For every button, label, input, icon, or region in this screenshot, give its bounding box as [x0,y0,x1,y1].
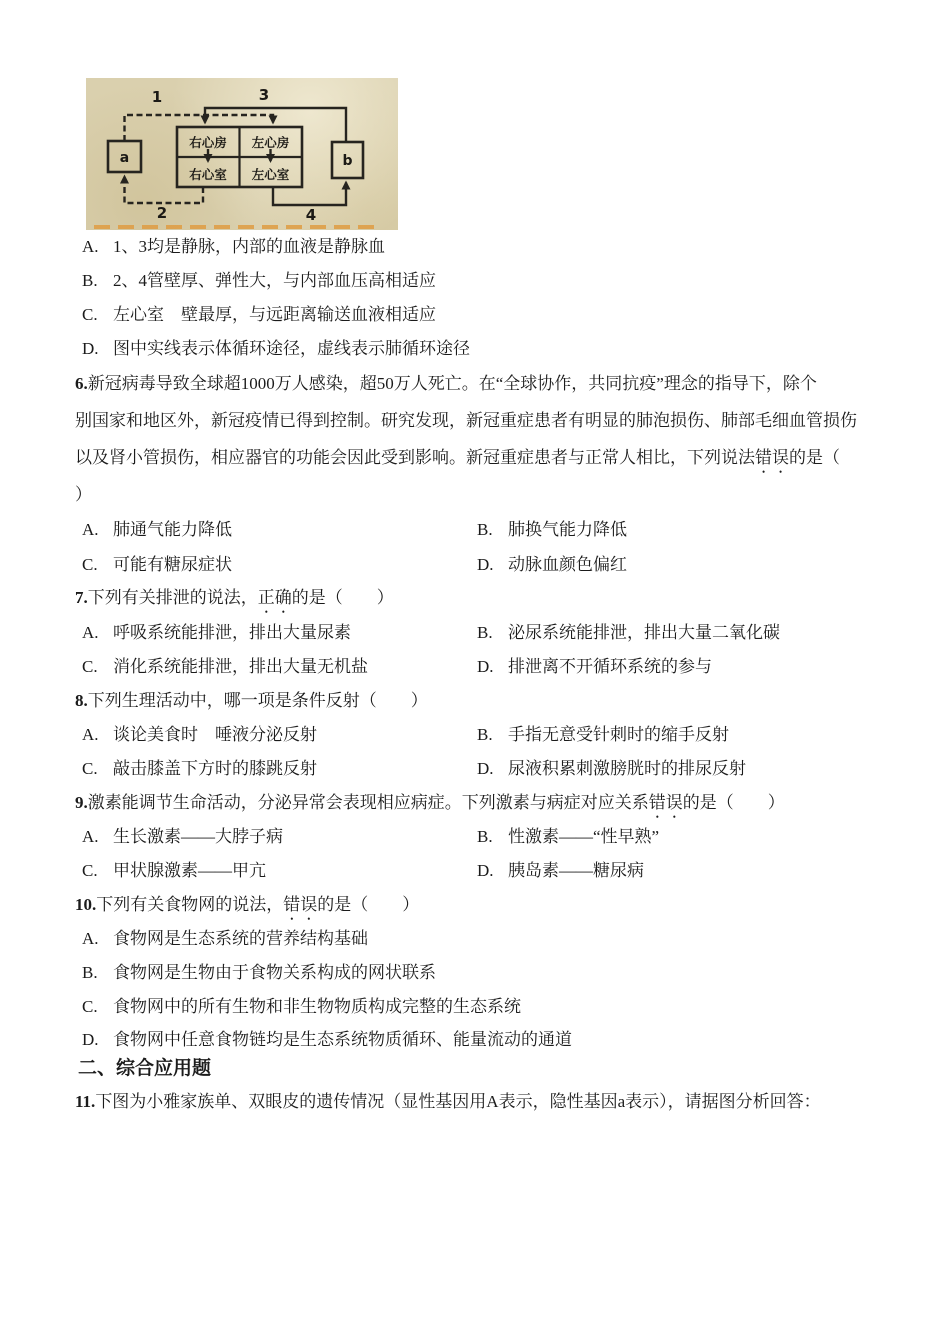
question-number: 10. [75,895,96,914]
q10-option-d: D.食物网中任意食物链均是生态系统物质循环、能量流动的通道 [82,1028,572,1051]
option-text: 谈论美食时 唾液分泌反射 [113,725,317,744]
option-label: D. [477,655,508,678]
flow-label-2: 2 [157,204,167,222]
option-label: A. [82,825,113,848]
q8-option-c: C.敲击膝盖下方时的膝跳反射 [82,757,317,780]
q6-stem-line3: 以及肾小管损伤，相应器官的功能会因此受到影响。新冠重症患者与正常人相比，下列说法… [75,446,840,477]
option-text: 食物网是生物由于食物关系构成的网状联系 [113,963,436,982]
option-label: A. [82,235,113,258]
stem-text: 的是（ ） [317,895,419,914]
option-text: 食物网是生态系统的营养结构基础 [113,929,368,948]
stem-text: 下列有关食物网的说法， [96,895,283,914]
stem-emphasis: 正确 [258,588,292,607]
option-text: 呼吸系统能排泄，排出大量尿素 [113,623,351,642]
stem-text: 下列有关排泄的说法， [88,588,258,607]
stem-text: 的是（ ） [683,793,785,812]
q8-stem: 8.下列生理活动中，哪一项是条件反射（ ） [75,689,428,712]
chamber-right-atrium: 右心房 [189,135,227,150]
option-text: 排泄离不开循环系统的参与 [508,657,712,676]
q8-option-a: A.谈论美食时 唾液分泌反射 [82,723,317,746]
option-text: 1、3均是静脉，内部的血液是静脉血 [113,237,385,256]
option-text: 肺通气能力降低 [113,520,232,539]
question-number: 7. [75,588,88,607]
q6-option-c: C.可能有糖尿症状 [82,553,232,576]
option-label: D. [82,337,113,360]
stem-text: 以及肾小管损伤，相应器官的功能会因此受到影响。新冠重症患者与正常人相比，下列说法 [75,448,755,467]
q7-option-c: C.消化系统能排泄，排出大量无机盐 [82,655,368,678]
stem-emphasis: 错误 [283,895,317,914]
option-text: 左心室 壁最厚，与远距离输送血液相适应 [113,305,436,324]
heart-circulation-diagram: a b 右心房 左心房 右心室 左心室 1 3 2 4 [86,78,398,230]
q11-stem: 11.下图为小雅家族单、双眼皮的遗传情况（显性基因用A表示，隐性基因a表示），请… [75,1090,821,1113]
flow-label-4: 4 [306,206,316,224]
option-text: 胰岛素——糖尿病 [508,861,644,880]
option-label: B. [477,518,508,541]
option-label: C. [82,655,113,678]
q7-option-b: B.泌尿系统能排泄，排出大量二氧化碳 [477,621,780,644]
question-number: 11. [75,1092,95,1111]
stem-text: 的是（ [789,448,840,467]
option-label: C. [82,553,113,576]
option-label: D. [477,553,508,576]
option-text: 动脉血颜色偏红 [508,555,627,574]
option-text: 食物网中的所有生物和非生物物质构成完整的生态系统 [113,997,521,1016]
stem-text: 新冠病毒导致全球超1000万人感染，超50万人死亡。在“全球协作，共同抗疫”理念… [88,374,817,393]
box-b-label: b [342,153,352,169]
q6-option-b: B.肺换气能力降低 [477,518,627,541]
option-text: 手指无意受针刺时的缩手反射 [508,725,729,744]
option-text: 可能有糖尿症状 [113,555,232,574]
option-label: D. [477,757,508,780]
option-label: A. [82,621,113,644]
box-a-label: a [120,150,129,166]
q10-stem: 10.下列有关食物网的说法，错误的是（ ） [75,893,419,924]
option-text: 尿液积累刺激膀胱时的排尿反射 [508,759,746,778]
option-label: A. [82,927,113,950]
option-text: 肺换气能力降低 [508,520,627,539]
option-text: 图中实线表示体循环途径，虚线表示肺循环途径 [113,339,470,358]
heart-circulation-svg: a b 右心房 左心房 右心室 左心室 1 3 2 4 [86,78,398,230]
q10-option-b: B.食物网是生物由于食物关系构成的网状联系 [82,961,436,984]
option-text: 甲状腺激素——甲亢 [113,861,266,880]
q10-option-a: A.食物网是生态系统的营养结构基础 [82,927,368,950]
q9-option-b: B.性激素——“性早熟” [477,825,659,848]
question-number: 6. [75,374,88,393]
q5-option-d: D.图中实线表示体循环途径，虚线表示肺循环途径 [82,337,470,360]
option-label: C. [82,995,113,1018]
option-text: 食物网中任意食物链均是生态系统物质循环、能量流动的通道 [113,1030,572,1049]
stem-text: ） [75,485,92,504]
option-label: B. [477,825,508,848]
option-label: B. [82,269,113,292]
q5-option-b: B.2、4管壁厚、弹性大，与内部血压高相适应 [82,269,436,292]
q5-option-a: A.1、3均是静脉，内部的血液是静脉血 [82,235,385,258]
option-label: B. [477,621,508,644]
option-label: C. [82,757,113,780]
q9-option-a: A.生长激素——大脖子病 [82,825,283,848]
q7-option-a: A.呼吸系统能排泄，排出大量尿素 [82,621,351,644]
q9-stem: 9.激素能调节生命活动，分泌异常会表现相应病症。下列激素与病症对应关系错误的是（… [75,791,785,822]
q6-stem-line4: ） [75,483,92,506]
q5-option-c: C.左心室 壁最厚，与远距离输送血液相适应 [82,303,436,326]
q8-option-d: D.尿液积累刺激膀胱时的排尿反射 [477,757,746,780]
option-label: A. [82,723,113,746]
option-label: C. [82,303,113,326]
option-text: 泌尿系统能排泄，排出大量二氧化碳 [508,623,780,642]
q7-stem: 7.下列有关排泄的说法，正确的是（ ） [75,586,394,617]
option-text: 2、4管壁厚、弹性大，与内部血压高相适应 [113,271,436,290]
stem-emphasis: 错误 [755,448,789,467]
stem-text: 下图为小雅家族单、双眼皮的遗传情况（显性基因用A表示，隐性基因a表示），请据图分… [95,1092,820,1111]
flow-label-3: 3 [259,86,269,104]
question-number: 9. [75,793,88,812]
q7-option-d: D.排泄离不开循环系统的参与 [477,655,712,678]
stem-text: 激素能调节生命活动，分泌异常会表现相应病症。下列激素与病症对应关系 [88,793,649,812]
option-text: 消化系统能排泄，排出大量无机盐 [113,657,368,676]
option-label: B. [82,961,113,984]
chamber-left-ventricle: 左心室 [252,167,290,182]
q6-stem-line2: 别国家和地区外，新冠疫情已得到控制。研究发现，新冠重症患者有明显的肺泡损伤、肺部… [75,409,857,432]
section-2-title: 二、综合应用题 [78,1053,211,1080]
q10-option-c: C.食物网中的所有生物和非生物物质构成完整的生态系统 [82,995,521,1018]
stem-text: 的是（ ） [292,588,394,607]
question-number: 8. [75,691,88,710]
option-label: B. [477,723,508,746]
option-text: 敲击膝盖下方时的膝跳反射 [113,759,317,778]
flow-label-1: 1 [152,88,162,106]
q9-option-d: D.胰岛素——糖尿病 [477,859,644,882]
stem-text: 下列生理活动中，哪一项是条件反射（ ） [88,691,428,710]
option-text: 性激素——“性早熟” [508,827,659,846]
option-label: A. [82,518,113,541]
q9-option-c: C.甲状腺激素——甲亢 [82,859,266,882]
option-label: D. [82,1028,113,1051]
option-text: 生长激素——大脖子病 [113,827,283,846]
option-label: C. [82,859,113,882]
scan-artifact-highlight [94,225,380,229]
q6-stem-line1: 6.新冠病毒导致全球超1000万人感染，超50万人死亡。在“全球协作，共同抗疫”… [75,372,817,395]
q6-option-a: A.肺通气能力降低 [82,518,232,541]
chamber-left-atrium: 左心房 [252,135,290,150]
stem-emphasis: 错误 [649,793,683,812]
q8-option-b: B.手指无意受针刺时的缩手反射 [477,723,729,746]
chamber-right-ventricle: 右心室 [189,167,227,182]
option-label: D. [477,859,508,882]
stem-text: 别国家和地区外，新冠疫情已得到控制。研究发现，新冠重症患者有明显的肺泡损伤、肺部… [75,411,857,430]
q6-option-d: D.动脉血颜色偏红 [477,553,627,576]
